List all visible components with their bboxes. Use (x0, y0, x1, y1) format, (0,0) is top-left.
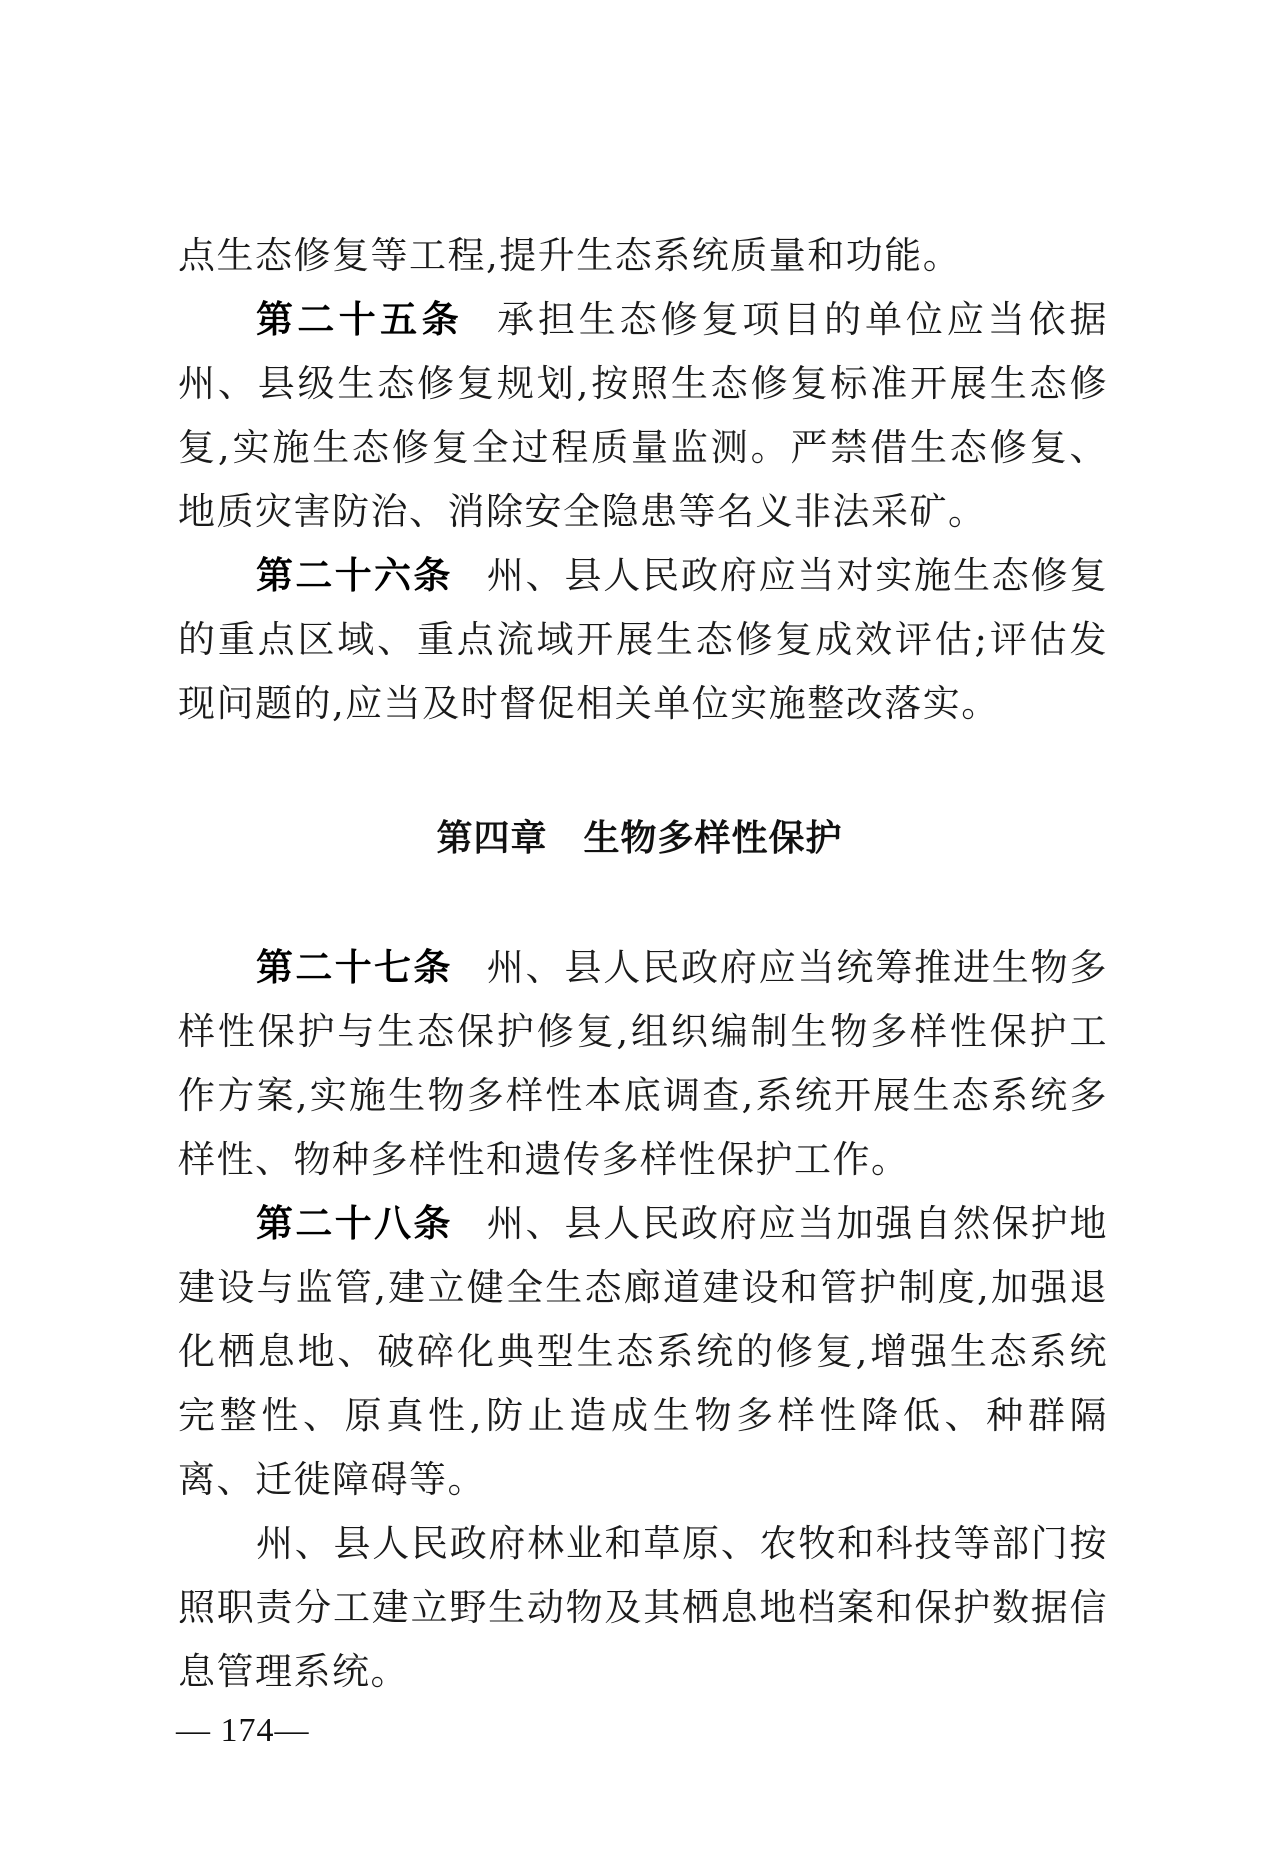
article-28: 第二十八条州、县人民政府应当加强自然保护地建设与监管,建立健全生态廊道建设和管护… (178, 1192, 1108, 1512)
article-28-paragraph-2-text: 州、县人民政府林业和草原、农牧和科技等部门按照职责分工建立野生动物及其栖息地档案… (178, 1522, 1108, 1693)
article-28-number: 第二十八条 (256, 1202, 453, 1245)
article-28-paragraph-2: 州、县人民政府林业和草原、农牧和科技等部门按照职责分工建立野生动物及其栖息地档案… (178, 1512, 1108, 1704)
chapter-number: 第四章 (436, 818, 547, 859)
chapter-title: 生物多样性保护 (584, 818, 843, 859)
article-26-number: 第二十六条 (256, 554, 453, 597)
page-number: — 174— (176, 1712, 310, 1750)
article-26: 第二十六条州、县人民政府应当对实施生态修复的重点区域、重点流域开展生态修复成效评… (178, 544, 1108, 736)
continuation-paragraph: 点生态修复等工程,提升生态系统质量和功能。 (178, 224, 1108, 288)
text-block-upper: 点生态修复等工程,提升生态系统质量和功能。 第二十五条承担生态修复项目的单位应当… (178, 224, 1108, 736)
text-block-lower: 第二十七条州、县人民政府应当统筹推进生物多样性保护与生态保护修复,组织编制生物多… (178, 936, 1108, 1704)
continuation-text: 点生态修复等工程,提升生态系统质量和功能。 (178, 234, 961, 277)
article-25: 第二十五条承担生态修复项目的单位应当依据州、县级生态修复规划,按照生态修复标准开… (178, 288, 1108, 544)
article-27: 第二十七条州、县人民政府应当统筹推进生物多样性保护与生态保护修复,组织编制生物多… (178, 936, 1108, 1192)
article-28-text: 州、县人民政府应当加强自然保护地建设与监管,建立健全生态廊道建设和管护制度,加强… (178, 1202, 1108, 1501)
chapter-heading: 第四章生物多样性保护 (0, 810, 1279, 861)
document-page: 点生态修复等工程,提升生态系统质量和功能。 第二十五条承担生态修复项目的单位应当… (0, 0, 1279, 1852)
article-25-number: 第二十五条 (256, 298, 463, 341)
article-27-number: 第二十七条 (256, 946, 453, 989)
